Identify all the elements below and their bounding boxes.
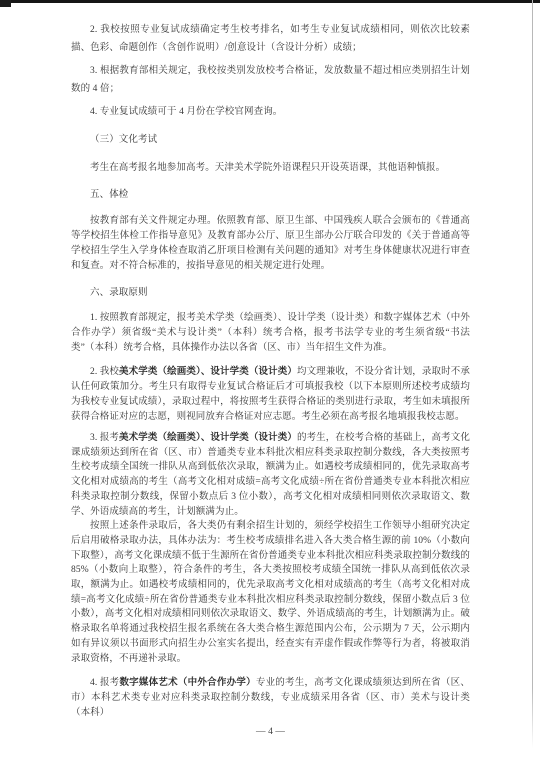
- subsection-heading-culture-exam: （三）文化考试: [71, 131, 470, 149]
- section-heading-admission-principles: 六、录取原则: [71, 284, 470, 302]
- physical-exam-paragraph: 按教育部有关文件规定办理。依照教育部、原卫生部、中国残疾人联合会颁布的《普通高等…: [71, 214, 470, 274]
- document-page: 2. 我校按照专业复试成绩确定考生校考排名，如考生专业复试成绩相同，则依次比较素…: [0, 0, 540, 763]
- admission-paragraph-1: 1. 按照教育部规定，报考美术学类（绘画类）、设计学类（设计类）和数字媒体艺术（…: [71, 311, 470, 356]
- admission-paragraph-2: 2. 我校美术学类（绘画类）、设计学类（设计类）均文理兼收，不设分省计划，录取时…: [71, 365, 470, 425]
- admission-paragraph-2-pre: 2. 我校: [90, 367, 119, 377]
- admission-paragraph-2-bold: 美术学类（绘画类）、设计学类（设计类）: [119, 367, 297, 377]
- admission-paragraph-4-pre: 4. 报考: [90, 678, 119, 688]
- section-heading-physical-exam: 五、体检: [71, 186, 470, 204]
- list-item-3: 3. 根据教育部相关规定，我校按类别发放校考合格证，发放数量不超过相应类别招生计…: [71, 62, 470, 98]
- document-body: 2. 我校按照专业复试成绩确定考生校考排名，如考生专业复试成绩相同，则依次比较素…: [71, 21, 470, 740]
- admission-paragraph-3: 3. 报考美术学类（绘画类）、设计学类（设计类）的考生，在校考合格的基础上，高考…: [71, 431, 470, 519]
- scan-edge-top: [0, 0, 540, 3]
- admission-paragraph-3-pre: 3. 报考: [90, 433, 119, 443]
- admission-paragraph-3-post: 的考生，在校考合格的基础上，高考文化课成绩须达到所在省（区、市）普通类专业本科批…: [71, 433, 470, 517]
- admission-paragraph-4-bold: 数字媒体艺术（中外合作办学）: [119, 678, 255, 688]
- page-number: — 4 —: [71, 725, 470, 740]
- scan-edge-corner: [0, 0, 11, 7]
- scan-edge-right: [532, 0, 533, 748]
- admission-paragraph-3-continued: 按照上述条件录取后，各大类仍有剩余招生计划的，须经学校招生工作领导小组研究决定后…: [71, 519, 470, 666]
- admission-paragraph-3-block: 3. 报考美术学类（绘画类）、设计学类（设计类）的考生，在校考合格的基础上，高考…: [71, 431, 470, 666]
- list-item-2: 2. 我校按照专业复试成绩确定考生校考排名，如考生专业复试成绩相同，则依次比较素…: [71, 21, 470, 57]
- culture-exam-paragraph: 考生在高考报名地参加高考。天津美术学院外语课程只开设英语课，其他语种慎报。: [71, 159, 470, 177]
- admission-paragraph-3-bold: 美术学类（绘画类）、设计学类（设计类）: [119, 433, 297, 443]
- list-item-4: 4. 专业复试成绩可于 4 月份在学校官网查询。: [71, 103, 470, 121]
- admission-paragraph-4: 4. 报考数字媒体艺术（中外合作办学）专业的考生，高考文化课成绩须达到所在省（区…: [71, 676, 470, 721]
